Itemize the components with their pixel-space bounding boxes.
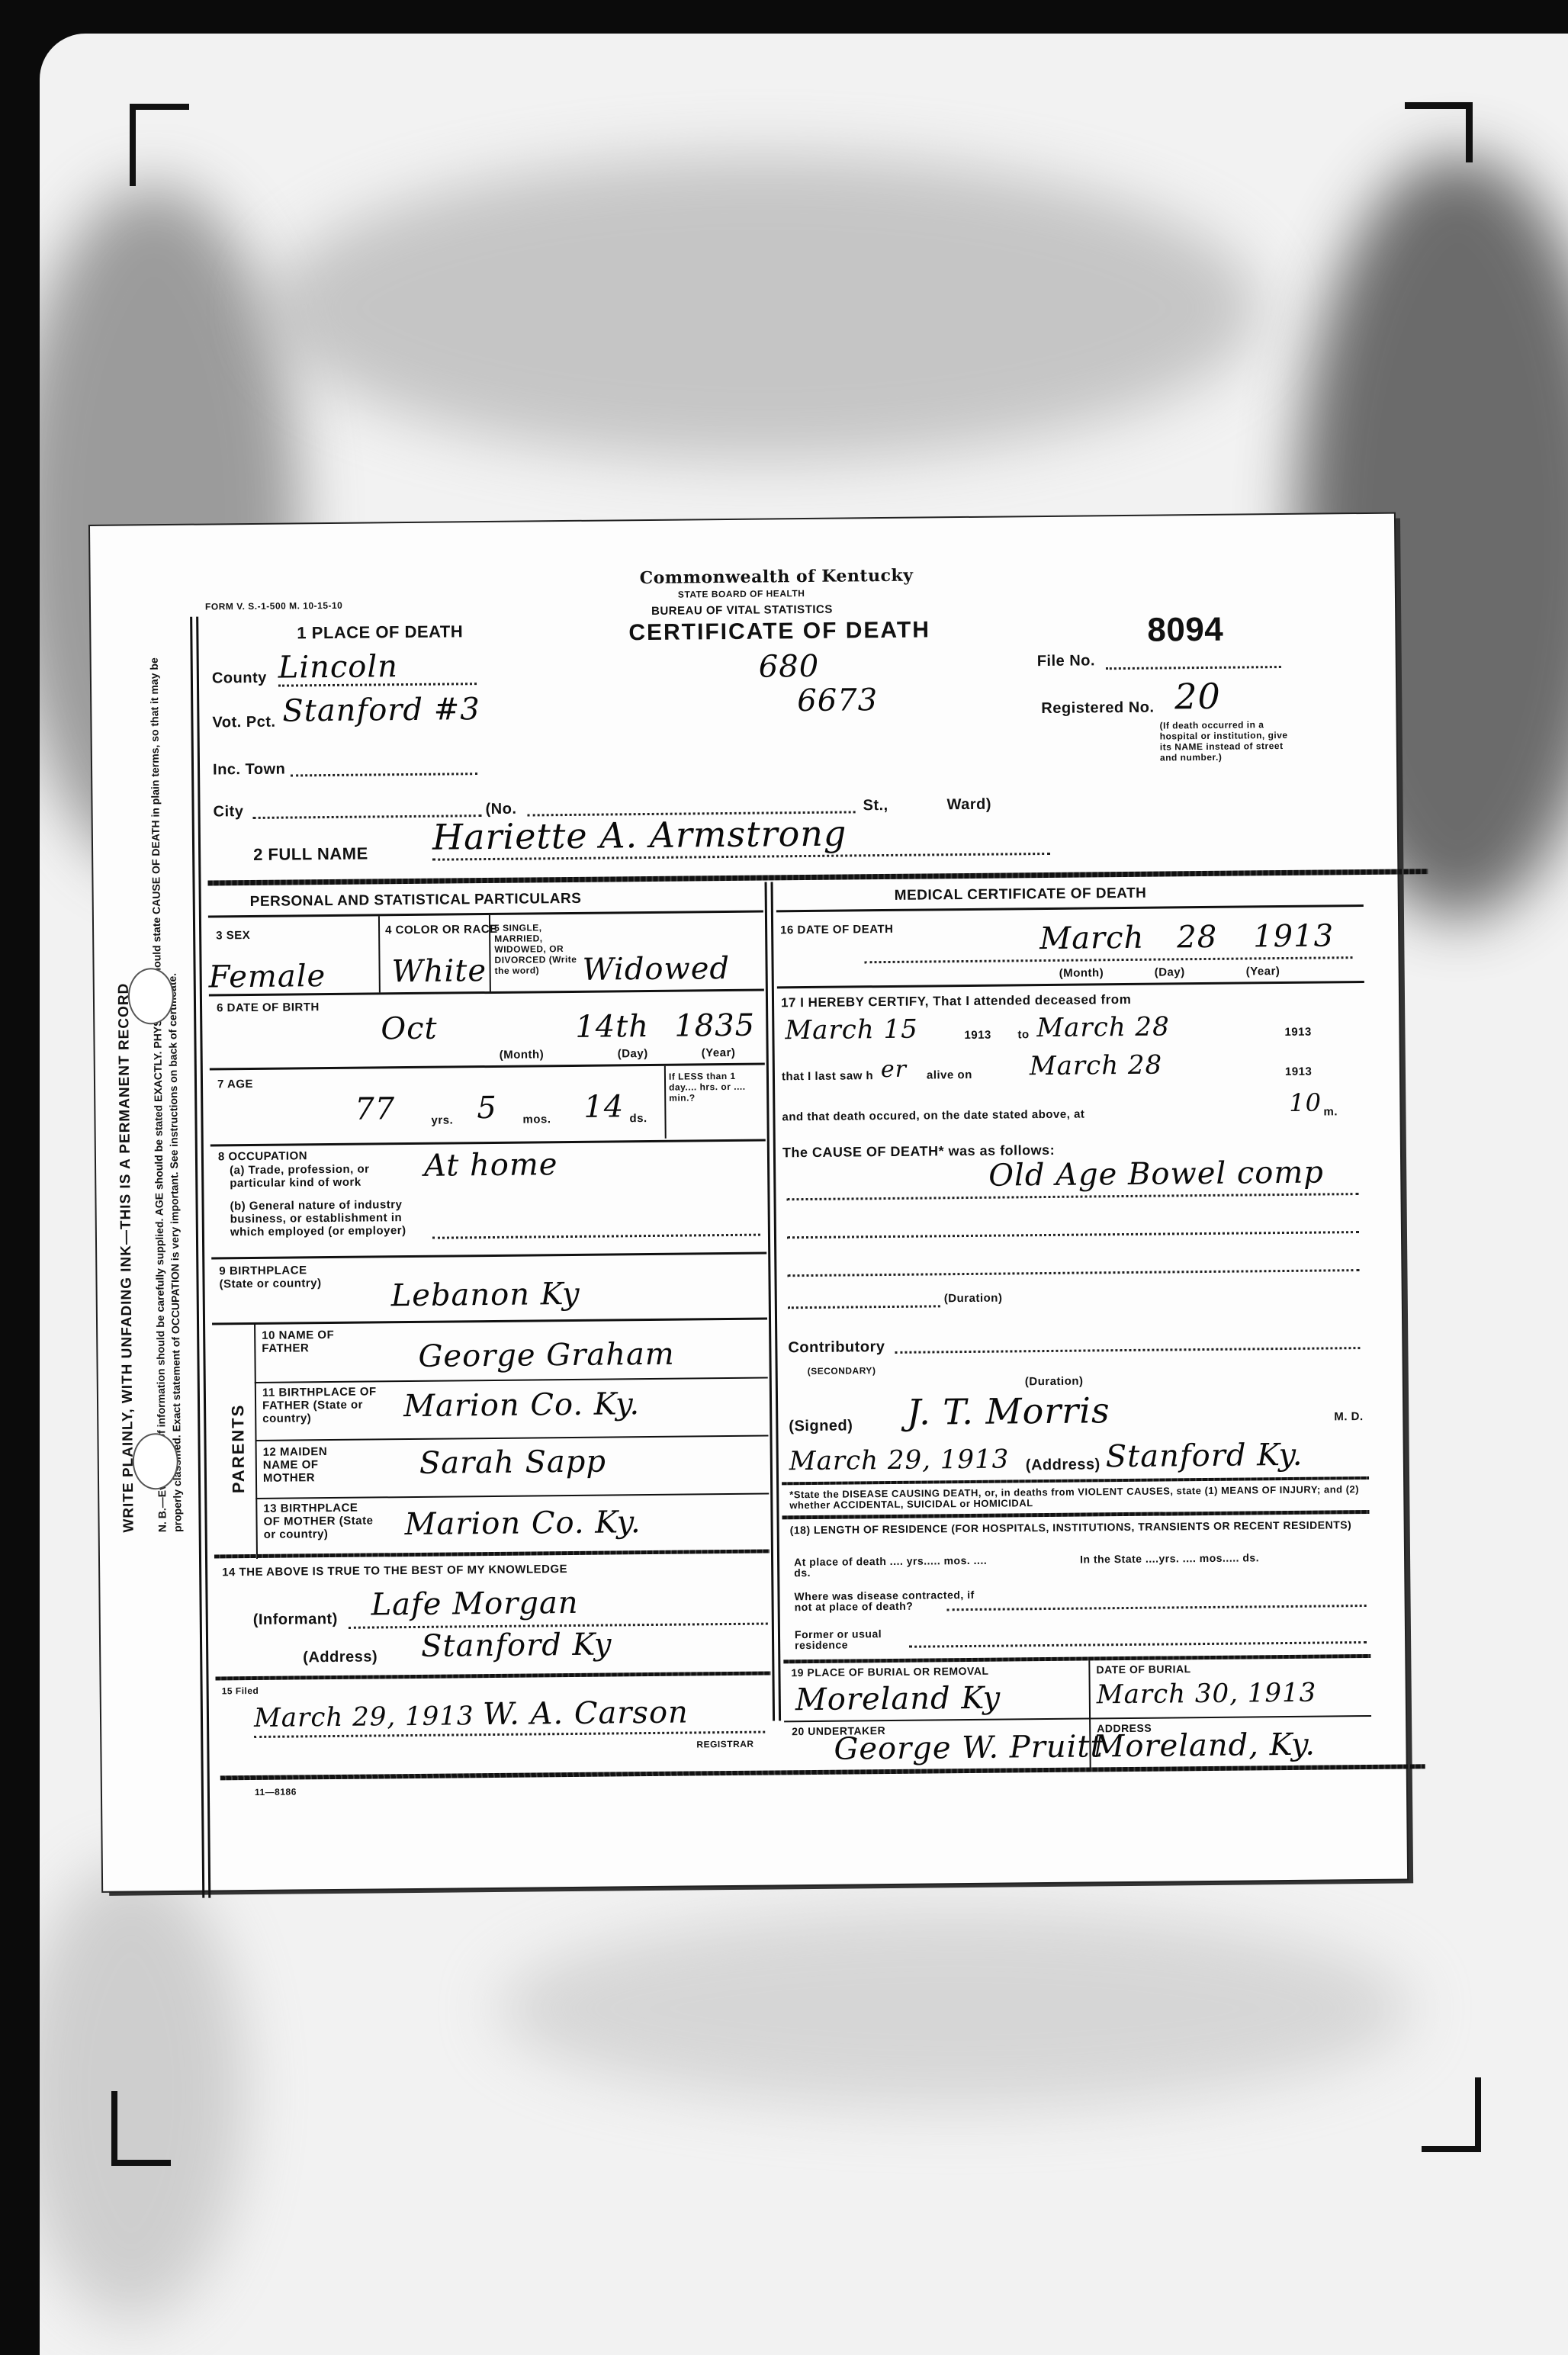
cell-divider xyxy=(664,1066,667,1139)
sex-value: Female xyxy=(208,959,326,994)
parents-label: PARENTS xyxy=(228,1404,249,1494)
punch-hole xyxy=(128,968,175,1025)
registered-number-label: Registered No. xyxy=(1041,699,1154,718)
full-name-label: 2 FULL NAME xyxy=(253,844,368,865)
informant-value: Lafe Morgan xyxy=(371,1586,578,1623)
dotted-line xyxy=(788,1305,940,1309)
crop-mark-bottom-right xyxy=(1422,2077,1481,2152)
dotted-line xyxy=(787,1193,1359,1200)
dotted-line xyxy=(947,1605,1367,1611)
scan-shadow xyxy=(497,1910,1412,2108)
dotted-line xyxy=(291,773,477,776)
date-of-death-year: 1913 xyxy=(1253,918,1334,954)
true-statement: 14 THE ABOVE IS TRUE TO THE BEST OF MY K… xyxy=(222,1563,567,1579)
voting-precinct-label: Vot. Pct. xyxy=(212,714,275,732)
date-of-death-day: 28 xyxy=(1177,920,1217,956)
last-saw-year: 1913 xyxy=(1285,1065,1313,1078)
to-word: to xyxy=(1017,1028,1029,1041)
father-birthplace-label: 11 BIRTHPLACE OF FATHER (State or countr… xyxy=(262,1385,377,1425)
attended-from-year: 1913 xyxy=(964,1029,991,1042)
caption-month: (Month) xyxy=(1059,966,1104,980)
rule xyxy=(255,1493,769,1499)
caption-month: (Month) xyxy=(500,1048,545,1062)
date-of-death-month: March xyxy=(1039,920,1145,956)
signed-address-value: Stanford Ky. xyxy=(1106,1438,1303,1474)
occupation-b-label: (b) General nature of industry business,… xyxy=(230,1198,428,1239)
caption-day: (Day) xyxy=(1155,965,1185,978)
date-of-death-label: 16 DATE OF DEATH xyxy=(780,923,893,937)
dotted-line xyxy=(432,1234,760,1239)
residence-label: (18) LENGTH OF RESIDENCE (FOR HOSPITALS,… xyxy=(790,1519,1370,1535)
mother-birthplace-label: 13 BIRTHPLACE OF MOTHER (State or countr… xyxy=(263,1501,378,1541)
dotted-line xyxy=(865,956,1353,963)
caption-day: (Day) xyxy=(618,1047,648,1060)
mother-birthplace-value: Marion Co. Ky. xyxy=(404,1505,641,1542)
header-bureau: BUREAU OF VITAL STATISTICS xyxy=(651,603,833,618)
father-name-value: George Graham xyxy=(418,1337,675,1374)
voting-precinct-value: Stanford #3 xyxy=(282,692,480,728)
mother-name-label: 12 MAIDEN NAME OF MOTHER xyxy=(263,1445,362,1485)
last-saw-date: March 28 xyxy=(1030,1050,1163,1082)
informant-label: (Informant) xyxy=(253,1611,338,1629)
county-value: Lincoln xyxy=(278,649,399,686)
full-name-value: Hariette A. Armstrong xyxy=(432,812,847,857)
dob-month: Oct xyxy=(381,1011,438,1047)
county-label: County xyxy=(212,670,267,688)
occupation-label: 8 OCCUPATION xyxy=(218,1149,307,1163)
rule xyxy=(220,1764,1425,1780)
alive-on-text: alive on xyxy=(927,1068,972,1082)
time-of-death: 10 xyxy=(1289,1088,1322,1117)
birthplace-value: Lebanon Ky xyxy=(390,1277,580,1313)
father-name-label: 10 NAME OF FATHER xyxy=(262,1329,353,1355)
dotted-line xyxy=(895,1347,1360,1354)
rule xyxy=(782,1510,1369,1519)
form-number: FORM V. S.-1-500 M. 10-15-10 xyxy=(205,600,342,612)
father-birthplace-value: Marion Co. Ky. xyxy=(403,1386,640,1424)
marital-label: 5 SINGLE, MARRIED, WIDOWED, OR DIVORCED … xyxy=(494,922,579,976)
rule xyxy=(211,1252,766,1260)
cause-value: Old Age Bowel comp xyxy=(988,1155,1324,1194)
rule xyxy=(212,1318,767,1325)
rule xyxy=(210,1139,766,1147)
md-label: M. D. xyxy=(1334,1410,1364,1423)
rule xyxy=(777,981,1364,988)
last-saw-pronoun: er xyxy=(881,1056,907,1083)
rule xyxy=(255,1377,768,1383)
duration-label: (Duration) xyxy=(944,1292,1003,1306)
dob-day: 14th xyxy=(575,1009,649,1045)
burial-place-value: Moreland Ky xyxy=(795,1681,1001,1718)
city-label: City xyxy=(213,803,243,821)
file-number-value: 8094 xyxy=(1147,611,1223,650)
dotted-line xyxy=(787,1231,1359,1239)
attended-from: March 15 xyxy=(785,1014,918,1046)
secondary-label: (SECONDARY) xyxy=(808,1365,876,1377)
margin-instructions: N. B.—Every item of information should b… xyxy=(146,617,185,1532)
age-label: 7 AGE xyxy=(217,1078,253,1091)
undertaker-address-value: Moreland, Ky. xyxy=(1093,1727,1316,1765)
race-label: 4 COLOR OR RACE xyxy=(385,923,498,937)
attended-to-year: 1913 xyxy=(1284,1026,1312,1039)
rule xyxy=(214,1550,770,1559)
age-months: 5 xyxy=(477,1091,497,1126)
street-label: St., xyxy=(863,797,888,814)
file-number-label: File No. xyxy=(1037,652,1095,670)
signed-physician: J. T. Morris xyxy=(907,1390,1110,1433)
occupation-a-label: (a) Trade, profession, or particular kin… xyxy=(230,1162,397,1190)
crop-mark-top-left xyxy=(130,104,189,186)
death-occurred-text: and that death occured, on the date stat… xyxy=(782,1108,1084,1124)
mother-name-value: Sarah Sapp xyxy=(419,1444,607,1481)
registered-note: (If death occurred in a hospital or inst… xyxy=(1160,719,1298,763)
marital-value: Widowed xyxy=(582,951,730,988)
occupation-value: At home xyxy=(424,1147,558,1184)
footnote: *State the DISEASE CAUSING DEATH, or, in… xyxy=(789,1484,1369,1511)
duration-label: (Duration) xyxy=(1025,1375,1084,1389)
in-state-label: In the State ....yrs. .... mos..... ds. xyxy=(1080,1551,1370,1565)
header-board: STATE BOARD OF HEALTH xyxy=(678,588,805,600)
footer-code: 11—8186 xyxy=(255,1786,297,1798)
inc-town-label: Inc. Town xyxy=(213,761,285,779)
caption-year: (Year) xyxy=(1246,965,1280,978)
header-commonwealth: Commonwealth of Kentucky xyxy=(640,566,914,588)
dotted-line xyxy=(909,1641,1367,1648)
rule xyxy=(215,1672,770,1681)
rule xyxy=(776,904,1364,912)
sex-label: 3 SEX xyxy=(216,929,250,942)
cell-divider xyxy=(378,916,381,992)
rule xyxy=(783,1654,1370,1663)
informant-address-label: (Address) xyxy=(303,1648,378,1666)
handwritten-number-2: 6673 xyxy=(797,683,878,718)
punch-hole xyxy=(132,1433,178,1490)
personal-heading: PERSONAL AND STATISTICAL PARTICULARS xyxy=(250,891,582,911)
years-label: yrs. xyxy=(431,1113,453,1126)
burial-date-label: DATE OF BURIAL xyxy=(1096,1663,1190,1675)
signed-date: March 29, 1913 xyxy=(789,1444,1010,1476)
at-place-label: At place of death .... yrs..... mos. ...… xyxy=(794,1555,992,1578)
age-years: 77 xyxy=(355,1091,395,1127)
months-label: mos. xyxy=(522,1113,551,1126)
filed-label: 15 Filed xyxy=(222,1685,259,1696)
signed-address-label: (Address) xyxy=(1026,1456,1100,1474)
registered-number-value: 20 xyxy=(1174,676,1221,718)
less-than-day: If LESS than 1 day.... hrs. or .... min.… xyxy=(669,1071,764,1104)
section-divider xyxy=(207,869,1428,885)
dotted-line xyxy=(1106,666,1281,670)
header-title: CERTIFICATE OF DEATH xyxy=(628,617,930,646)
dob-year: 1835 xyxy=(674,1008,755,1044)
dotted-line xyxy=(787,1269,1359,1277)
attended-to: March 28 xyxy=(1036,1011,1170,1043)
handwritten-number-1: 680 xyxy=(759,649,820,685)
race-value: White xyxy=(391,953,487,989)
burial-place-label: 19 PLACE OF BURIAL OR REMOVAL xyxy=(791,1666,988,1678)
death-certificate: WRITE PLAINLY, WITH UNFADING INK—THIS IS… xyxy=(90,514,1407,1891)
last-saw-text: that I last saw h xyxy=(782,1069,873,1083)
rule xyxy=(208,911,763,918)
rule xyxy=(255,1435,769,1441)
caption-year: (Year) xyxy=(702,1046,736,1059)
informant-address-value: Stanford Ky xyxy=(421,1627,612,1663)
time-suffix: m. xyxy=(1323,1105,1338,1118)
place-of-death-heading: 1 PLACE OF DEATH xyxy=(297,622,463,643)
dob-label: 6 DATE OF BIRTH xyxy=(217,1001,320,1014)
registrar-name: W. A. Carson xyxy=(483,1695,689,1733)
undertaker-value: George W. Pruitt xyxy=(834,1729,1104,1766)
crop-mark-bottom-left xyxy=(111,2091,171,2166)
crop-mark-top-right xyxy=(1405,102,1473,162)
days-label: ds. xyxy=(629,1112,647,1125)
medical-heading: MEDICAL CERTIFICATE OF DEATH xyxy=(895,885,1147,904)
birthplace-label: 9 BIRTHPLACE (State or country) xyxy=(219,1264,326,1290)
ward-label: Ward) xyxy=(946,796,991,814)
certify-text: 17 I HEREBY CERTIFY, That I attended dec… xyxy=(781,993,1131,1009)
registrar-label: REGISTRAR xyxy=(696,1739,753,1750)
signed-label: (Signed) xyxy=(789,1417,853,1435)
filed-date: March 29, 1913 xyxy=(254,1701,474,1733)
rule xyxy=(210,1063,765,1071)
scan-shadow xyxy=(268,156,1260,461)
contributory-label: Contributory xyxy=(788,1338,885,1357)
burial-date-value: March 30, 1913 xyxy=(1097,1678,1317,1711)
age-days: 14 xyxy=(583,1089,624,1125)
